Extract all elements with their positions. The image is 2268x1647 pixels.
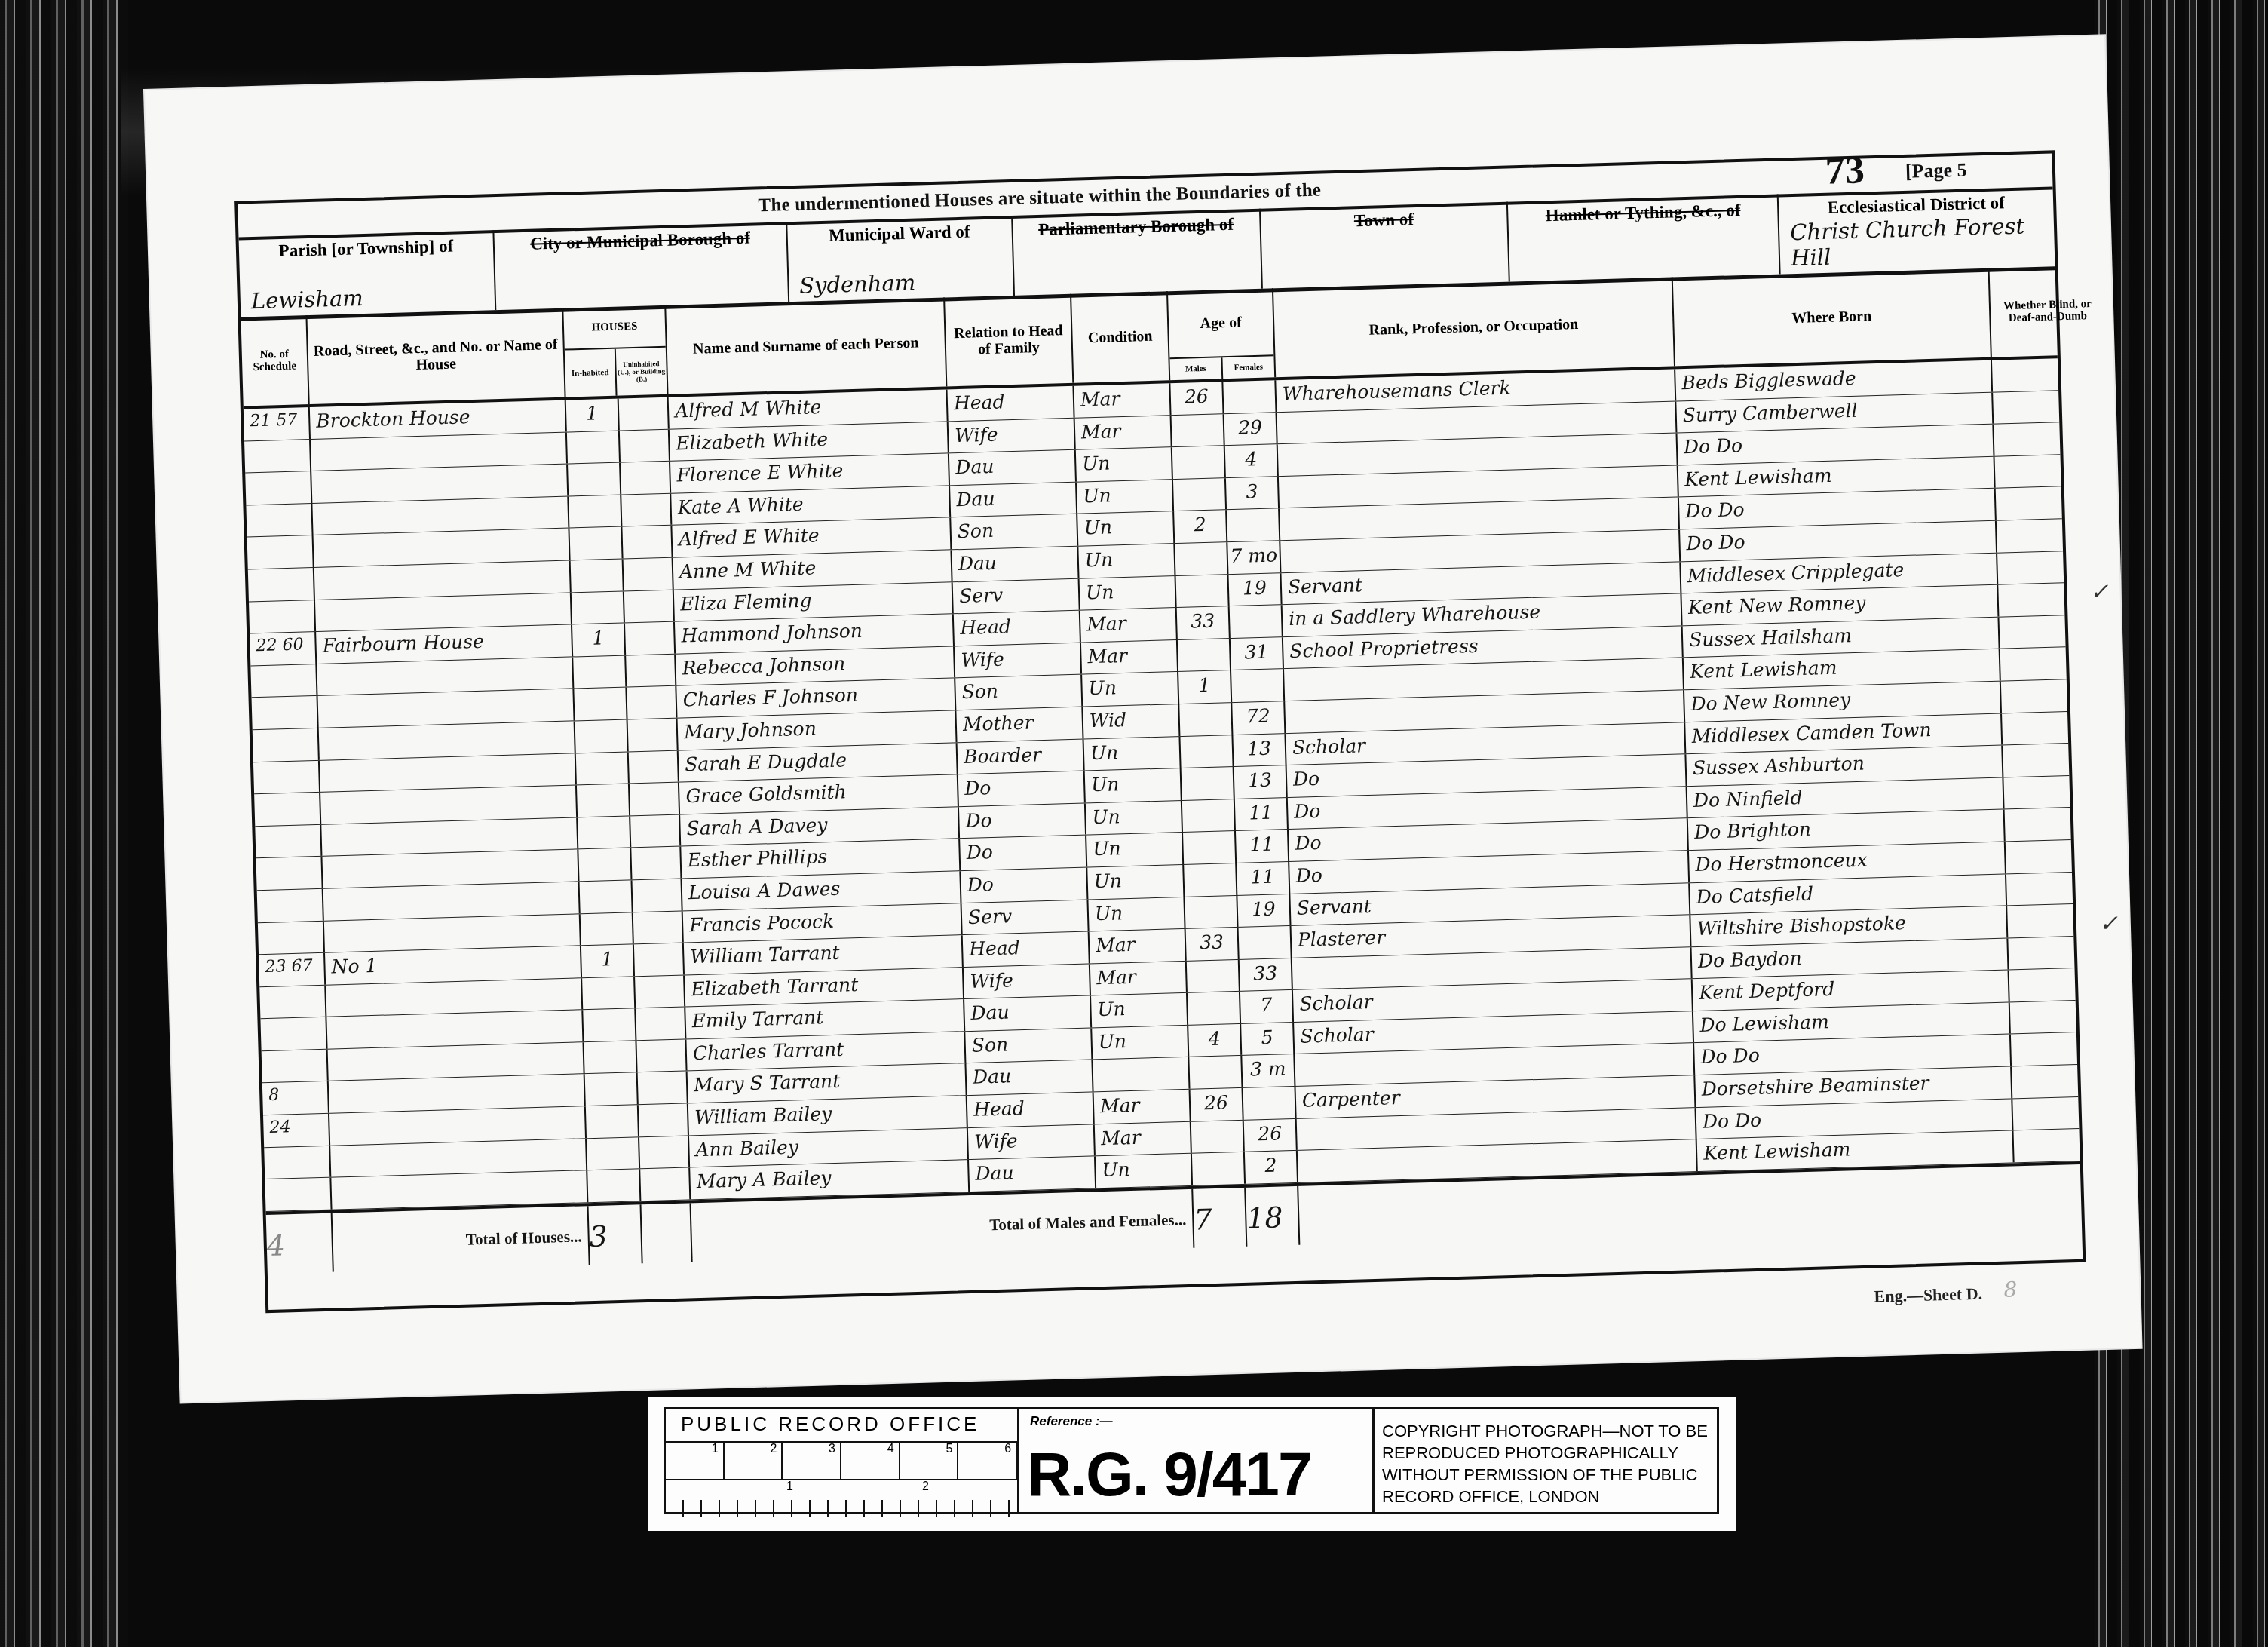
cm-scale: 123456 bbox=[666, 1443, 1017, 1480]
males-total: 7 bbox=[1193, 1188, 1247, 1248]
male-age-cell bbox=[1175, 542, 1228, 575]
district-label: Parliamentary Borough of bbox=[1013, 215, 1259, 239]
cm-tick-label: 4 bbox=[841, 1443, 900, 1479]
condition-cell: Mar bbox=[1095, 1121, 1192, 1155]
inch-tick-label: 1 bbox=[786, 1480, 793, 1494]
cm-tick-label: 3 bbox=[783, 1443, 841, 1479]
disability-cell bbox=[1994, 422, 2108, 456]
uninhabited-cell bbox=[624, 558, 674, 590]
female-age-cell: 7 bbox=[1240, 990, 1294, 1023]
relation-cell: Serv bbox=[962, 900, 1090, 934]
reference-number: R.G. 9/417 bbox=[1027, 1440, 1311, 1511]
margin-tick-mark: ✓ bbox=[2098, 910, 2118, 937]
page-number: [Page 5 bbox=[1905, 159, 1967, 183]
disability-cell bbox=[2011, 1032, 2125, 1066]
females-label: Females bbox=[1221, 356, 1274, 379]
condition-cell: Un bbox=[1086, 801, 1183, 835]
male-age-cell bbox=[1183, 831, 1237, 864]
male-age-cell bbox=[1188, 992, 1241, 1025]
male-age-cell bbox=[1180, 735, 1234, 768]
disability-cell bbox=[1995, 453, 2110, 488]
disability-cell bbox=[2013, 1127, 2128, 1162]
condition-cell: Un bbox=[1084, 737, 1182, 771]
schedule-cell bbox=[257, 889, 324, 922]
district-value: Christ Church Forest Hill bbox=[1790, 212, 2055, 271]
schedule-cell bbox=[260, 1017, 327, 1050]
schedule-cell bbox=[244, 440, 311, 473]
female-age-cell: 13 bbox=[1233, 734, 1286, 767]
inhabited-cell bbox=[575, 719, 629, 753]
inhabited-cell bbox=[571, 559, 624, 592]
inch-scale: 12 bbox=[666, 1480, 1017, 1517]
male-age-cell bbox=[1179, 703, 1233, 736]
inhabited-cell bbox=[574, 688, 627, 721]
relation-cell: Dau bbox=[964, 996, 1092, 1031]
cm-tick-label: 1 bbox=[666, 1443, 725, 1479]
inhabited-cell bbox=[585, 1073, 639, 1106]
sheet-id: Eng.—Sheet D. bbox=[1874, 1284, 1982, 1307]
age-label: Age of bbox=[1168, 288, 1273, 359]
schedule-cell bbox=[259, 985, 326, 1018]
condition-cell: Un bbox=[1082, 672, 1179, 706]
col-where-born: Where Born bbox=[1673, 268, 1992, 367]
disability-cell bbox=[2009, 967, 2124, 1001]
relation-cell: Boarder bbox=[958, 739, 1085, 774]
record-office-stamp: PUBLIC RECORD OFFICE 123456 12 Reference… bbox=[648, 1397, 1736, 1531]
male-age-cell: 26 bbox=[1191, 1088, 1244, 1121]
inhabited-cell bbox=[572, 591, 625, 624]
col-houses-inhabited: HOUSES In-habited Uninhabited (U.), or B… bbox=[563, 305, 668, 397]
relation-cell: Head bbox=[947, 386, 1074, 421]
relation-cell: Mother bbox=[956, 707, 1083, 742]
condition-cell: Un bbox=[1092, 1026, 1189, 1060]
female-age-cell bbox=[1230, 605, 1283, 638]
female-age-cell: 5 bbox=[1241, 1023, 1295, 1056]
uninhabited-cell bbox=[626, 654, 676, 686]
schedule-cell bbox=[258, 921, 325, 954]
district-label: Town of bbox=[1261, 208, 1507, 232]
uninhabited-cell bbox=[627, 686, 677, 719]
male-age-cell bbox=[1172, 446, 1226, 479]
col-road: Road, Street, &c., and No. or Name of Ho… bbox=[307, 308, 565, 404]
inhabited-cell bbox=[587, 1169, 641, 1202]
condition-cell: Mar bbox=[1081, 640, 1178, 674]
inhabited-cell bbox=[578, 816, 631, 849]
condition-cell: Mar bbox=[1080, 608, 1178, 642]
uninhabited-cell bbox=[632, 879, 682, 911]
relation-cell: Dau bbox=[950, 482, 1077, 517]
schedule-cell bbox=[255, 825, 322, 858]
schedule-cell bbox=[248, 568, 315, 601]
uninhabited-cell bbox=[640, 1168, 691, 1201]
male-age-cell bbox=[1185, 895, 1238, 928]
disability-cell bbox=[2006, 839, 2120, 873]
col-occupation: Rank, Profession, or Occupation bbox=[1273, 278, 1675, 378]
col-age: Age of Males Females bbox=[1168, 288, 1276, 380]
inhabited-cell bbox=[584, 1041, 637, 1074]
inhabited-cell bbox=[577, 784, 630, 817]
disability-cell bbox=[2003, 742, 2117, 777]
inhabited-cell: 1 bbox=[566, 399, 620, 432]
condition-cell: Un bbox=[1077, 480, 1174, 514]
male-age-cell: 33 bbox=[1177, 606, 1231, 639]
condition-cell: Mar bbox=[1075, 416, 1172, 449]
female-age-cell bbox=[1231, 669, 1285, 702]
female-age-cell: 26 bbox=[1244, 1119, 1298, 1152]
relation-cell: Do bbox=[960, 836, 1087, 870]
female-age-cell: 3 bbox=[1226, 477, 1280, 510]
relation-cell: Do bbox=[958, 771, 1086, 806]
schedule-cell bbox=[265, 1178, 332, 1211]
relation-cell: Wife bbox=[955, 643, 1082, 677]
district-value: Lewisham bbox=[250, 285, 363, 314]
schedule-cell: 21 57 bbox=[244, 407, 311, 440]
district-field: Town of bbox=[1260, 202, 1510, 289]
district-label: City or Municipal Borough of bbox=[494, 228, 786, 253]
condition-cell: Un bbox=[1078, 544, 1175, 578]
disability-cell bbox=[2002, 710, 2116, 745]
inhabited-cell bbox=[568, 463, 621, 496]
schedule-cell bbox=[247, 535, 314, 569]
male-age-cell bbox=[1192, 1152, 1246, 1185]
condition-cell: Mar bbox=[1074, 383, 1171, 417]
condition-cell: Wid bbox=[1083, 704, 1180, 738]
relation-cell: Son bbox=[955, 675, 1083, 710]
uninhabited-cell bbox=[638, 1072, 688, 1104]
census-sheet: The undermentioned Houses are situate wi… bbox=[145, 35, 2141, 1402]
relation-cell: Dau bbox=[966, 1060, 1093, 1095]
condition-cell: Un bbox=[1086, 833, 1184, 866]
uninhabited-cell bbox=[629, 750, 679, 783]
houses-total-label: Total of Houses... bbox=[333, 1206, 590, 1271]
female-age-cell: 11 bbox=[1236, 830, 1289, 863]
female-age-cell: 4 bbox=[1225, 444, 1279, 477]
uninhabited-cell bbox=[630, 783, 680, 815]
reference-panel: Reference :— R.G. 9/417 bbox=[1019, 1409, 1375, 1512]
schedule-cell bbox=[253, 760, 320, 793]
female-age-cell: 31 bbox=[1231, 637, 1284, 670]
disability-cell bbox=[2006, 871, 2121, 906]
relation-cell: Wife bbox=[968, 1124, 1096, 1159]
relation-cell: Wife bbox=[949, 418, 1076, 452]
inhabited-cell bbox=[580, 880, 633, 913]
female-age-cell: 13 bbox=[1234, 765, 1288, 799]
disability-cell bbox=[1992, 357, 2107, 392]
inhabited-cell bbox=[587, 1137, 640, 1170]
schedule-cell bbox=[262, 1050, 329, 1083]
table-body: 21 57Brockton House1Alfred M WhiteHeadMa… bbox=[244, 358, 2080, 1212]
male-age-cell bbox=[1182, 799, 1236, 833]
female-age-cell: 11 bbox=[1237, 862, 1290, 895]
schedule-cell: 22 60 bbox=[250, 632, 317, 665]
schedule-cell: 8 bbox=[262, 1081, 329, 1115]
relation-cell: Dau bbox=[949, 450, 1077, 485]
uninhabited-label: Uninhabited (U.), or Building (B.) bbox=[615, 348, 667, 396]
relation-cell: Dau bbox=[952, 547, 1079, 581]
male-age-cell: 4 bbox=[1188, 1024, 1242, 1057]
office-title: PUBLIC RECORD OFFICE bbox=[666, 1409, 1017, 1443]
condition-cell: Mar bbox=[1094, 1090, 1191, 1124]
condition-cell: Un bbox=[1076, 447, 1173, 481]
col-condition: Condition bbox=[1071, 291, 1170, 383]
inhabited-cell bbox=[569, 527, 623, 560]
female-age-cell bbox=[1227, 509, 1280, 542]
uninhabited-cell bbox=[619, 397, 670, 430]
disability-cell bbox=[2012, 1063, 2126, 1098]
schedule-cell bbox=[249, 600, 316, 633]
col-relation: Relation to Head of Family bbox=[945, 294, 1074, 387]
condition-cell: Un bbox=[1087, 865, 1185, 899]
male-age-cell: 1 bbox=[1178, 670, 1232, 704]
uninhabited-cell bbox=[625, 622, 676, 655]
relation-cell: Head bbox=[954, 611, 1081, 646]
district-label: Municipal Ward of bbox=[787, 222, 1012, 245]
inhabited-cell bbox=[582, 977, 636, 1010]
condition-cell: Un bbox=[1085, 768, 1182, 802]
inhabited-cell: 1 bbox=[581, 944, 635, 977]
relation-cell: Do bbox=[961, 867, 1088, 902]
male-age-cell bbox=[1191, 1120, 1245, 1153]
cm-tick-label: 5 bbox=[900, 1443, 959, 1479]
inhabited-cell bbox=[578, 848, 632, 882]
relation-cell: Son bbox=[951, 514, 1078, 549]
disability-cell bbox=[1999, 614, 2113, 649]
district-field: Hamlet or Tything, &c., of bbox=[1508, 195, 1781, 282]
household-table: No. of Schedule Road, Street, &c., and N… bbox=[241, 266, 2081, 1274]
male-age-cell bbox=[1184, 863, 1237, 897]
houses-total: 3 bbox=[589, 1204, 643, 1265]
schedules-count: 4 bbox=[266, 1213, 334, 1273]
relation-cell: Serv bbox=[953, 578, 1080, 613]
schedule-cell bbox=[252, 696, 319, 729]
condition-cell: Un bbox=[1096, 1154, 1193, 1188]
condition-cell: Mar bbox=[1090, 929, 1187, 963]
schedule-cell bbox=[245, 471, 312, 505]
relation-cell: Dau bbox=[969, 1157, 1096, 1192]
inch-tick-label: 2 bbox=[922, 1480, 929, 1494]
persons-total-label: Total of Males and Females... bbox=[691, 1189, 1194, 1262]
condition-cell bbox=[1093, 1057, 1190, 1091]
relation-cell: Do bbox=[959, 803, 1086, 838]
female-age-cell: 33 bbox=[1240, 958, 1293, 992]
col-name: Name and Surname of each Person bbox=[666, 297, 947, 394]
uninhabited-cell bbox=[634, 943, 685, 976]
disability-cell bbox=[1993, 389, 2107, 424]
schedule-cell bbox=[264, 1146, 331, 1179]
schedule-cell bbox=[254, 793, 321, 826]
uninhabited-cell bbox=[639, 1103, 689, 1136]
male-age-cell bbox=[1187, 960, 1240, 993]
male-age-cell bbox=[1176, 575, 1230, 608]
col-schedule: No. of Schedule bbox=[241, 315, 309, 406]
district-field: Municipal Ward ofSydenham bbox=[787, 216, 1015, 302]
inhabited-cell bbox=[581, 912, 634, 946]
relation-cell: Head bbox=[963, 932, 1090, 967]
uninhabited-cell bbox=[633, 911, 684, 943]
schedule-cell bbox=[250, 664, 317, 698]
relation-cell: Son bbox=[965, 1028, 1093, 1063]
male-age-cell bbox=[1173, 478, 1227, 511]
condition-cell: Un bbox=[1088, 897, 1185, 931]
relation-cell: Head bbox=[967, 1092, 1095, 1127]
district-value: Sydenham bbox=[799, 270, 916, 299]
cm-tick-label: 2 bbox=[725, 1443, 783, 1479]
female-age-cell bbox=[1243, 1087, 1297, 1120]
district-label: Hamlet or Tything, &c., of bbox=[1508, 201, 1777, 225]
female-age-cell: 19 bbox=[1228, 573, 1282, 606]
inhabited-cell bbox=[567, 431, 621, 464]
male-age-cell bbox=[1189, 1056, 1243, 1089]
female-age-cell: 3 m bbox=[1242, 1054, 1295, 1087]
male-age-cell bbox=[1172, 414, 1225, 447]
disability-cell bbox=[2003, 774, 2118, 809]
uninhabited-cell bbox=[620, 429, 670, 462]
uninhabited-cell bbox=[628, 719, 679, 751]
disability-cell bbox=[2008, 935, 2122, 970]
schedule-cell: 24 bbox=[263, 1114, 330, 1147]
disability-cell bbox=[2000, 646, 2115, 681]
disability-cell bbox=[2001, 678, 2116, 713]
folio-number: 73 bbox=[1825, 148, 1865, 193]
male-age-cell: 26 bbox=[1170, 382, 1224, 415]
reference-label: Reference :— bbox=[1030, 1414, 1113, 1429]
uninhabited-cell bbox=[624, 590, 675, 622]
relation-cell: Wife bbox=[964, 964, 1091, 998]
female-age-cell: 72 bbox=[1232, 701, 1286, 735]
district-label: Parish [or Township] of bbox=[239, 236, 493, 260]
females-total: 18 bbox=[1246, 1186, 1300, 1247]
uninhabited-cell bbox=[621, 493, 672, 526]
condition-cell: Mar bbox=[1090, 962, 1188, 995]
blank-cell bbox=[641, 1203, 692, 1263]
male-age-cell bbox=[1182, 767, 1235, 800]
enumeration-form: The undermentioned Houses are situate wi… bbox=[234, 150, 2086, 1313]
female-age-cell bbox=[1223, 380, 1277, 413]
males-label: Males bbox=[1169, 357, 1221, 380]
female-age-cell bbox=[1239, 926, 1292, 959]
cm-tick-label: 6 bbox=[958, 1443, 1017, 1479]
female-age-cell: 7 mo bbox=[1227, 541, 1281, 574]
uninhabited-cell bbox=[635, 975, 685, 1008]
uninhabited-cell bbox=[622, 526, 673, 558]
disability-cell bbox=[2012, 1096, 2127, 1130]
district-field: Parish [or Township] ofLewisham bbox=[238, 230, 496, 317]
condition-cell: Un bbox=[1080, 576, 1177, 610]
margin-tick-mark: ✓ bbox=[2089, 579, 2109, 606]
copyright-notice: COPYRIGHT PHOTOGRAPH—NOT TO BE REPRODUCE… bbox=[1375, 1409, 1717, 1512]
inhabited-cell bbox=[569, 495, 622, 528]
uninhabited-cell bbox=[631, 847, 682, 879]
female-age-cell: 2 bbox=[1245, 1151, 1298, 1184]
uninhabited-cell bbox=[636, 1008, 686, 1040]
disability-cell bbox=[1997, 517, 2111, 552]
district-field: Parliamentary Borough of bbox=[1013, 209, 1263, 296]
uninhabited-cell bbox=[639, 1136, 690, 1168]
schedule-cell bbox=[246, 504, 313, 537]
uninhabited-cell bbox=[636, 1039, 687, 1072]
houses-label: HOUSES bbox=[563, 305, 666, 351]
inhabited-cell bbox=[586, 1105, 639, 1138]
male-age-cell bbox=[1178, 639, 1231, 672]
film-edge-left bbox=[0, 0, 128, 1647]
district-field: City or Municipal Borough of bbox=[494, 222, 789, 310]
condition-cell: Un bbox=[1091, 993, 1188, 1027]
uninhabited-cell bbox=[621, 462, 671, 494]
inhabited-label: In-habited bbox=[565, 349, 616, 397]
inhabited-cell: 1 bbox=[572, 624, 626, 657]
district-field: Ecclesiastical District ofChrist Church … bbox=[1779, 186, 2055, 274]
uninhabited-cell bbox=[630, 814, 681, 847]
disability-cell bbox=[2010, 999, 2125, 1034]
female-age-cell: 29 bbox=[1224, 413, 1278, 446]
schedule-cell bbox=[253, 728, 320, 762]
inhabited-cell bbox=[573, 655, 627, 689]
inhabited-cell bbox=[576, 752, 630, 785]
condition-cell: Un bbox=[1077, 511, 1175, 545]
disability-cell bbox=[2005, 807, 2119, 842]
male-age-cell: 2 bbox=[1174, 511, 1227, 544]
col-disability: Whether Blind, or Deaf-and-Dumb bbox=[1990, 265, 2106, 357]
male-age-cell: 33 bbox=[1186, 928, 1240, 961]
sheet-id-annotation: 8 bbox=[2003, 1277, 2018, 1302]
inhabited-cell bbox=[583, 1009, 636, 1042]
ruler-panel: PUBLIC RECORD OFFICE 123456 12 bbox=[666, 1409, 1019, 1512]
schedule-cell bbox=[256, 857, 323, 890]
schedule-cell: 23 67 bbox=[259, 953, 326, 986]
female-age-cell: 11 bbox=[1235, 798, 1289, 831]
disability-cell bbox=[1996, 486, 2110, 520]
female-age-cell: 19 bbox=[1237, 894, 1291, 927]
